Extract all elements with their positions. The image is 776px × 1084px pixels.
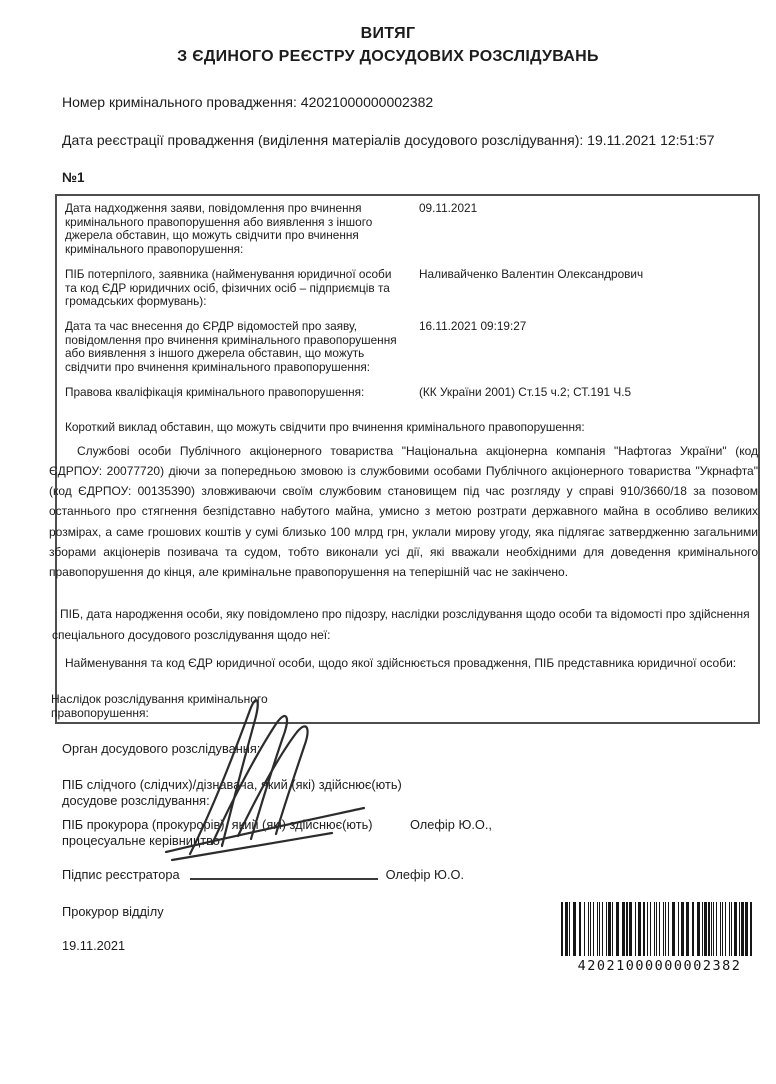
table-row: Дата та час внесення до ЄРДР відомостей … (65, 320, 750, 374)
document-title: ВИТЯГ З ЄДИНОГО РЕЄСТРУ ДОСУДОВИХ РОЗСЛІ… (0, 0, 776, 68)
legal-entity-label: Найменування та код ЄДР юридичної особи,… (57, 656, 758, 672)
investigation-body-label: Орган досудового розслідування: (62, 741, 776, 756)
barcode-number: 42021000000002382 (561, 958, 758, 974)
document-page: ВИТЯГ З ЄДИНОГО РЕЄСТРУ ДОСУДОВИХ РОЗСЛІ… (0, 0, 776, 1084)
table-row-value: 16.11.2021 09:19:27 (419, 320, 750, 374)
table-row-label: Дата надходження заяви, повідомлення про… (65, 202, 419, 256)
prosecutor-row: ПІБ прокурора (прокурорів), який (які) з… (62, 817, 776, 848)
record-index: №1 (62, 170, 776, 185)
barcode (561, 902, 758, 956)
table-row-label: Правова кваліфікація кримінального право… (65, 386, 419, 399)
case-number-line: Номер кримінального провадження: 4202100… (62, 93, 762, 111)
registration-date-value: 19.11.2021 12:51:57 (587, 132, 714, 148)
table-row-value: (КК України 2001) Ст.15 ч.2; СТ.191 Ч.5 (419, 386, 750, 399)
table-row-label: ПІБ потерпілого, заявника (найменування … (65, 268, 419, 308)
investigator-label: ПІБ слідчого (слідчих)/дізнавача, який (… (62, 777, 444, 808)
barcode-block: 42021000000002382 (561, 902, 758, 974)
table-row: ПІБ потерпілого, заявника (найменування … (65, 268, 750, 308)
table-row: Дата надходження заяви, повідомлення про… (65, 202, 750, 256)
table-row-value: 09.11.2021 (419, 202, 750, 256)
registrar-signature-label: Підпис реєстратора (62, 867, 180, 884)
document-title-line1: ВИТЯГ (0, 22, 776, 45)
table-row-value: Наливайченко Валентин Олександрович (419, 268, 750, 308)
case-number-value: 42021000000002382 (301, 94, 433, 110)
prosecutor-name: Олефір Ю.О., (410, 817, 776, 832)
registrar-name: Олефір Ю.О. (386, 867, 464, 884)
signature-line (190, 868, 378, 880)
table-row-label: Дата та час внесення до ЄРДР відомостей … (65, 320, 419, 374)
record-table: Дата надходження заяви, повідомлення про… (55, 194, 760, 724)
table-row: Правова кваліфікація кримінального право… (65, 386, 750, 399)
registrar-signature-row: Підпис реєстратора Олефір Ю.О. (62, 867, 776, 884)
registration-date-line: Дата реєстрації провадження (виділення м… (62, 131, 744, 149)
suspect-label: ПІБ, дата народження особи, яку повідомл… (52, 604, 758, 645)
prosecutor-label: ПІБ прокурора (прокурорів), який (які) з… (62, 817, 402, 848)
outcome-label: Наслідок розслідування кримінального пра… (51, 692, 351, 720)
summary-heading: Короткий виклад обставин, що можуть свід… (65, 421, 750, 434)
case-number-label: Номер кримінального провадження: (62, 94, 297, 110)
document-title-line2: З ЄДИНОГО РЕЄСТРУ ДОСУДОВИХ РОЗСЛІДУВАНЬ (0, 45, 776, 68)
registration-date-label: Дата реєстрації провадження (виділення м… (62, 132, 583, 148)
summary-text: Службові особи Публічного акціонерного т… (49, 441, 758, 582)
